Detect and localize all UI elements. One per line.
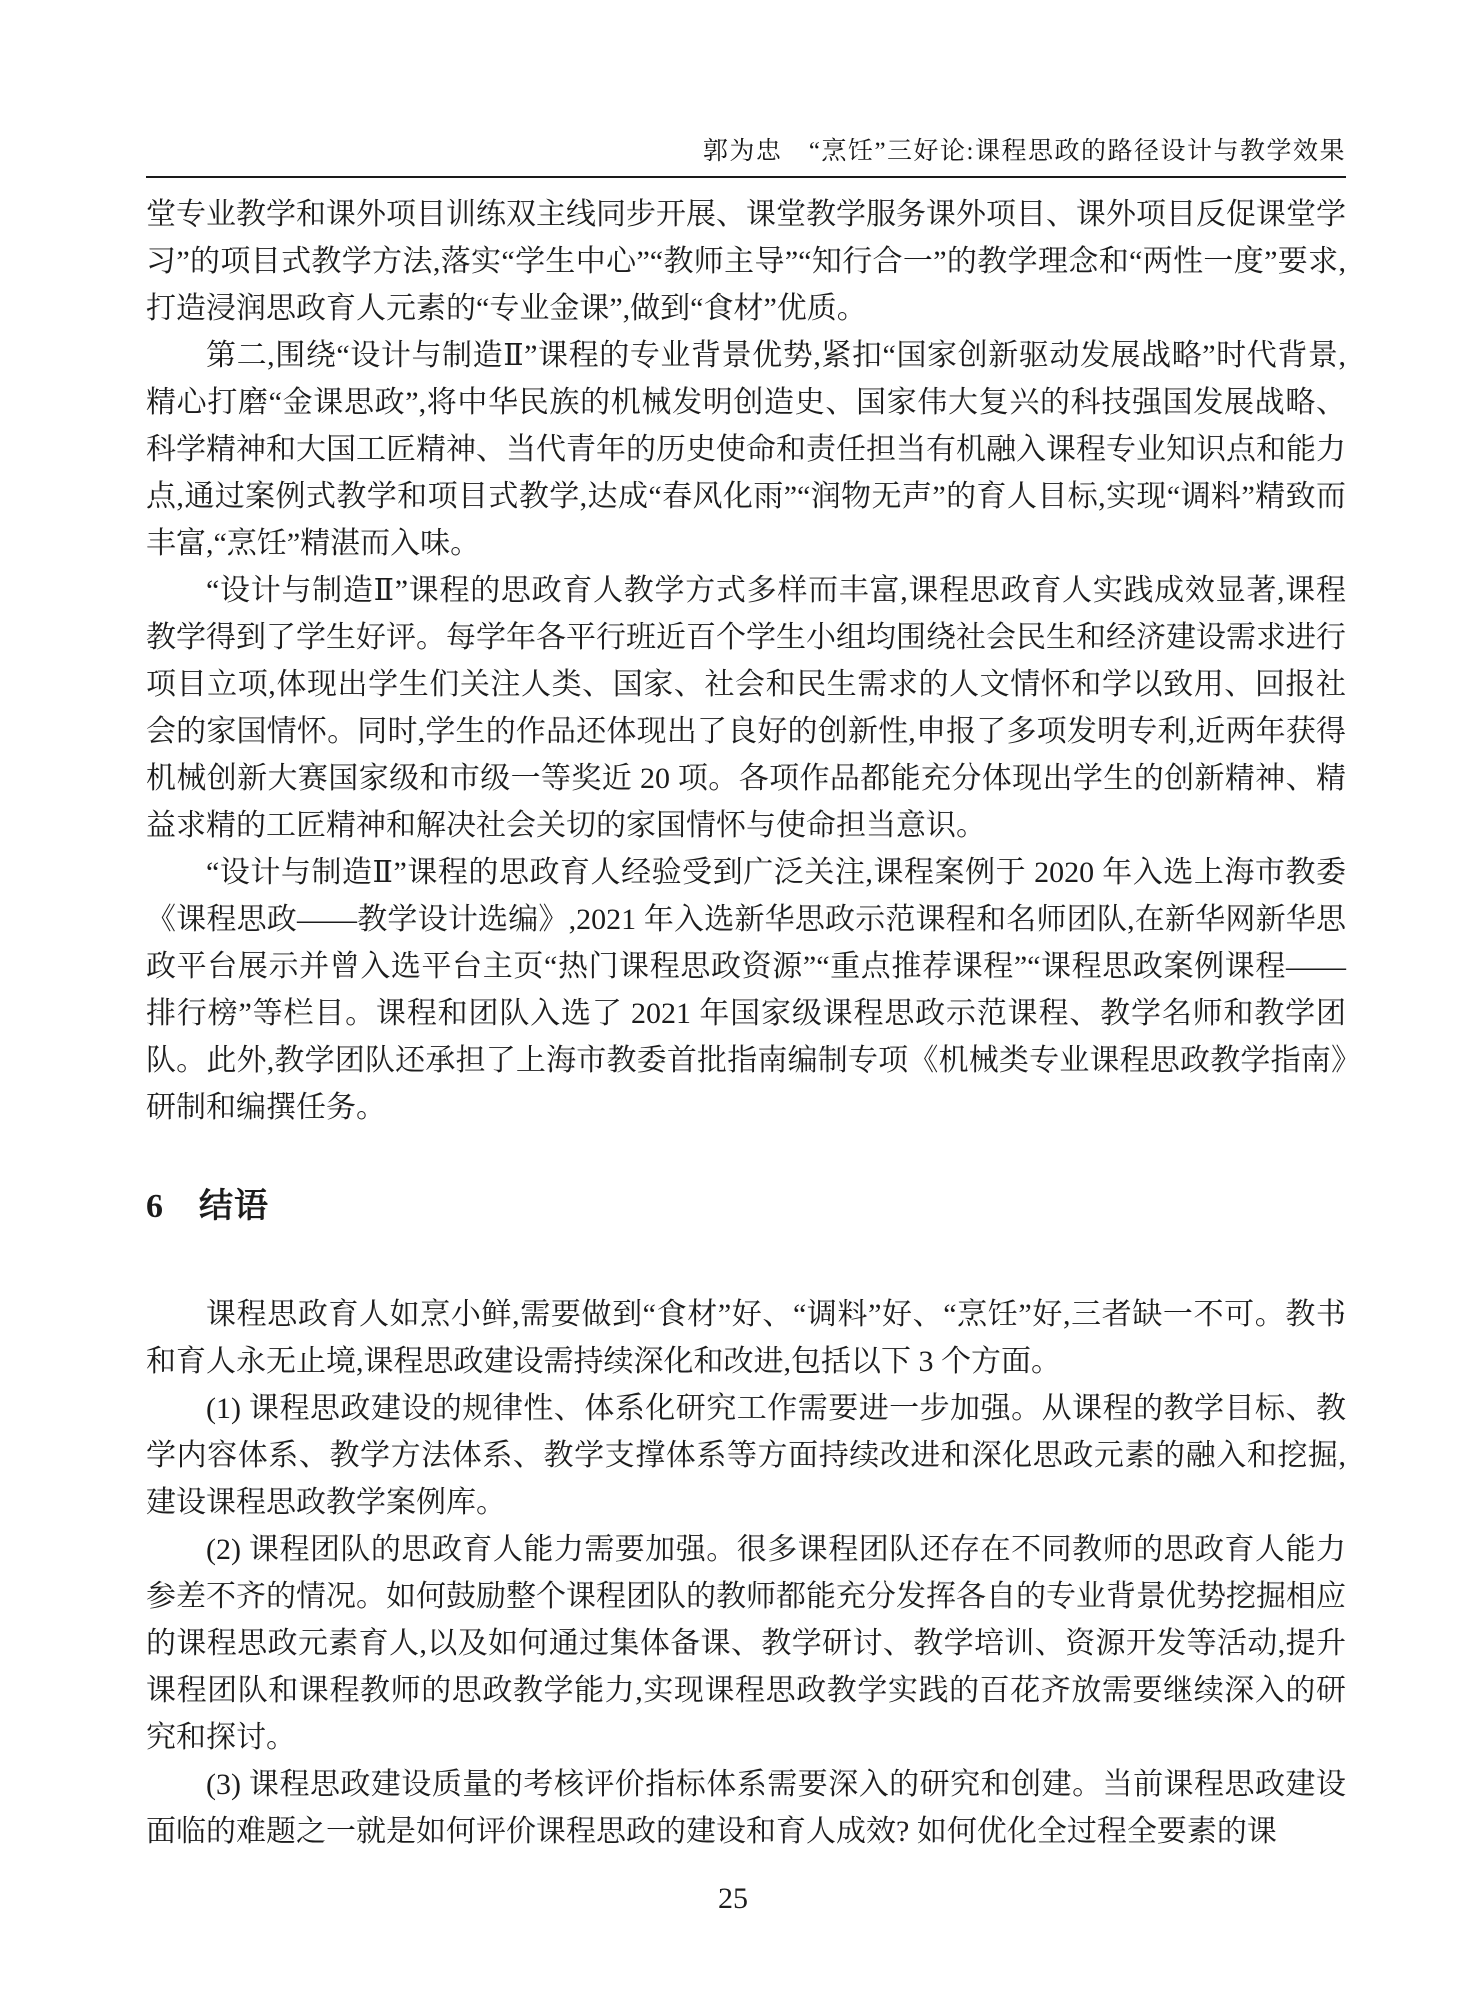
paragraph: (3) 课程思政建设质量的考核评价指标体系需要深入的研究和创建。当前课程思政建设… xyxy=(146,1761,1346,1855)
section-number: 6 xyxy=(146,1188,164,1225)
text-column: 郭为忠 “烹饪”三好论:课程思政的路径设计与教学效果 堂专业教学和课外项目训练双… xyxy=(146,0,1346,1855)
section-title: 结语 xyxy=(199,1188,269,1225)
paragraph: “设计与制造Ⅱ”课程的思政育人经验受到广泛关注,课程案例于 2020 年入选上海… xyxy=(146,849,1346,1131)
paragraph: “设计与制造Ⅱ”课程的思政育人教学方式多样而丰富,课程思政育人实践成效显著,课程… xyxy=(146,567,1346,849)
paragraph: 第二,围绕“设计与制造Ⅱ”课程的专业背景优势,紧扣“国家创新驱动发展战略”时代背… xyxy=(146,332,1346,567)
paragraph: (2) 课程团队的思政育人能力需要加强。很多课程团队还存在不同教师的思政育人能力… xyxy=(146,1526,1346,1761)
paragraph: (1) 课程思政建设的规律性、体系化研究工作需要进一步加强。从课程的教学目标、教… xyxy=(146,1385,1346,1526)
paragraph: 堂专业教学和课外项目训练双主线同步开展、课堂教学服务课外项目、课外项目反促课堂学… xyxy=(146,191,1346,332)
header-rule xyxy=(146,176,1346,178)
document-page: 郭为忠 “烹饪”三好论:课程思政的路径设计与教学效果 堂专业教学和课外项目训练双… xyxy=(0,0,1466,2011)
paragraph: 课程思政育人如烹小鲜,需要做到“食材”好、“调料”好、“烹饪”好,三者缺一不可。… xyxy=(146,1291,1346,1385)
section-heading: 6结语 xyxy=(146,1187,1346,1227)
page-number: 25 xyxy=(718,1882,748,1915)
page-footer: 25 xyxy=(0,1882,1466,1916)
running-header-text: 郭为忠 “烹饪”三好论:课程思政的路径设计与教学效果 xyxy=(703,138,1346,165)
article-body: 堂专业教学和课外项目训练双主线同步开展、课堂教学服务课外项目、课外项目反促课堂学… xyxy=(146,191,1346,1855)
running-header: 郭为忠 “烹饪”三好论:课程思政的路径设计与教学效果 xyxy=(146,0,1346,168)
